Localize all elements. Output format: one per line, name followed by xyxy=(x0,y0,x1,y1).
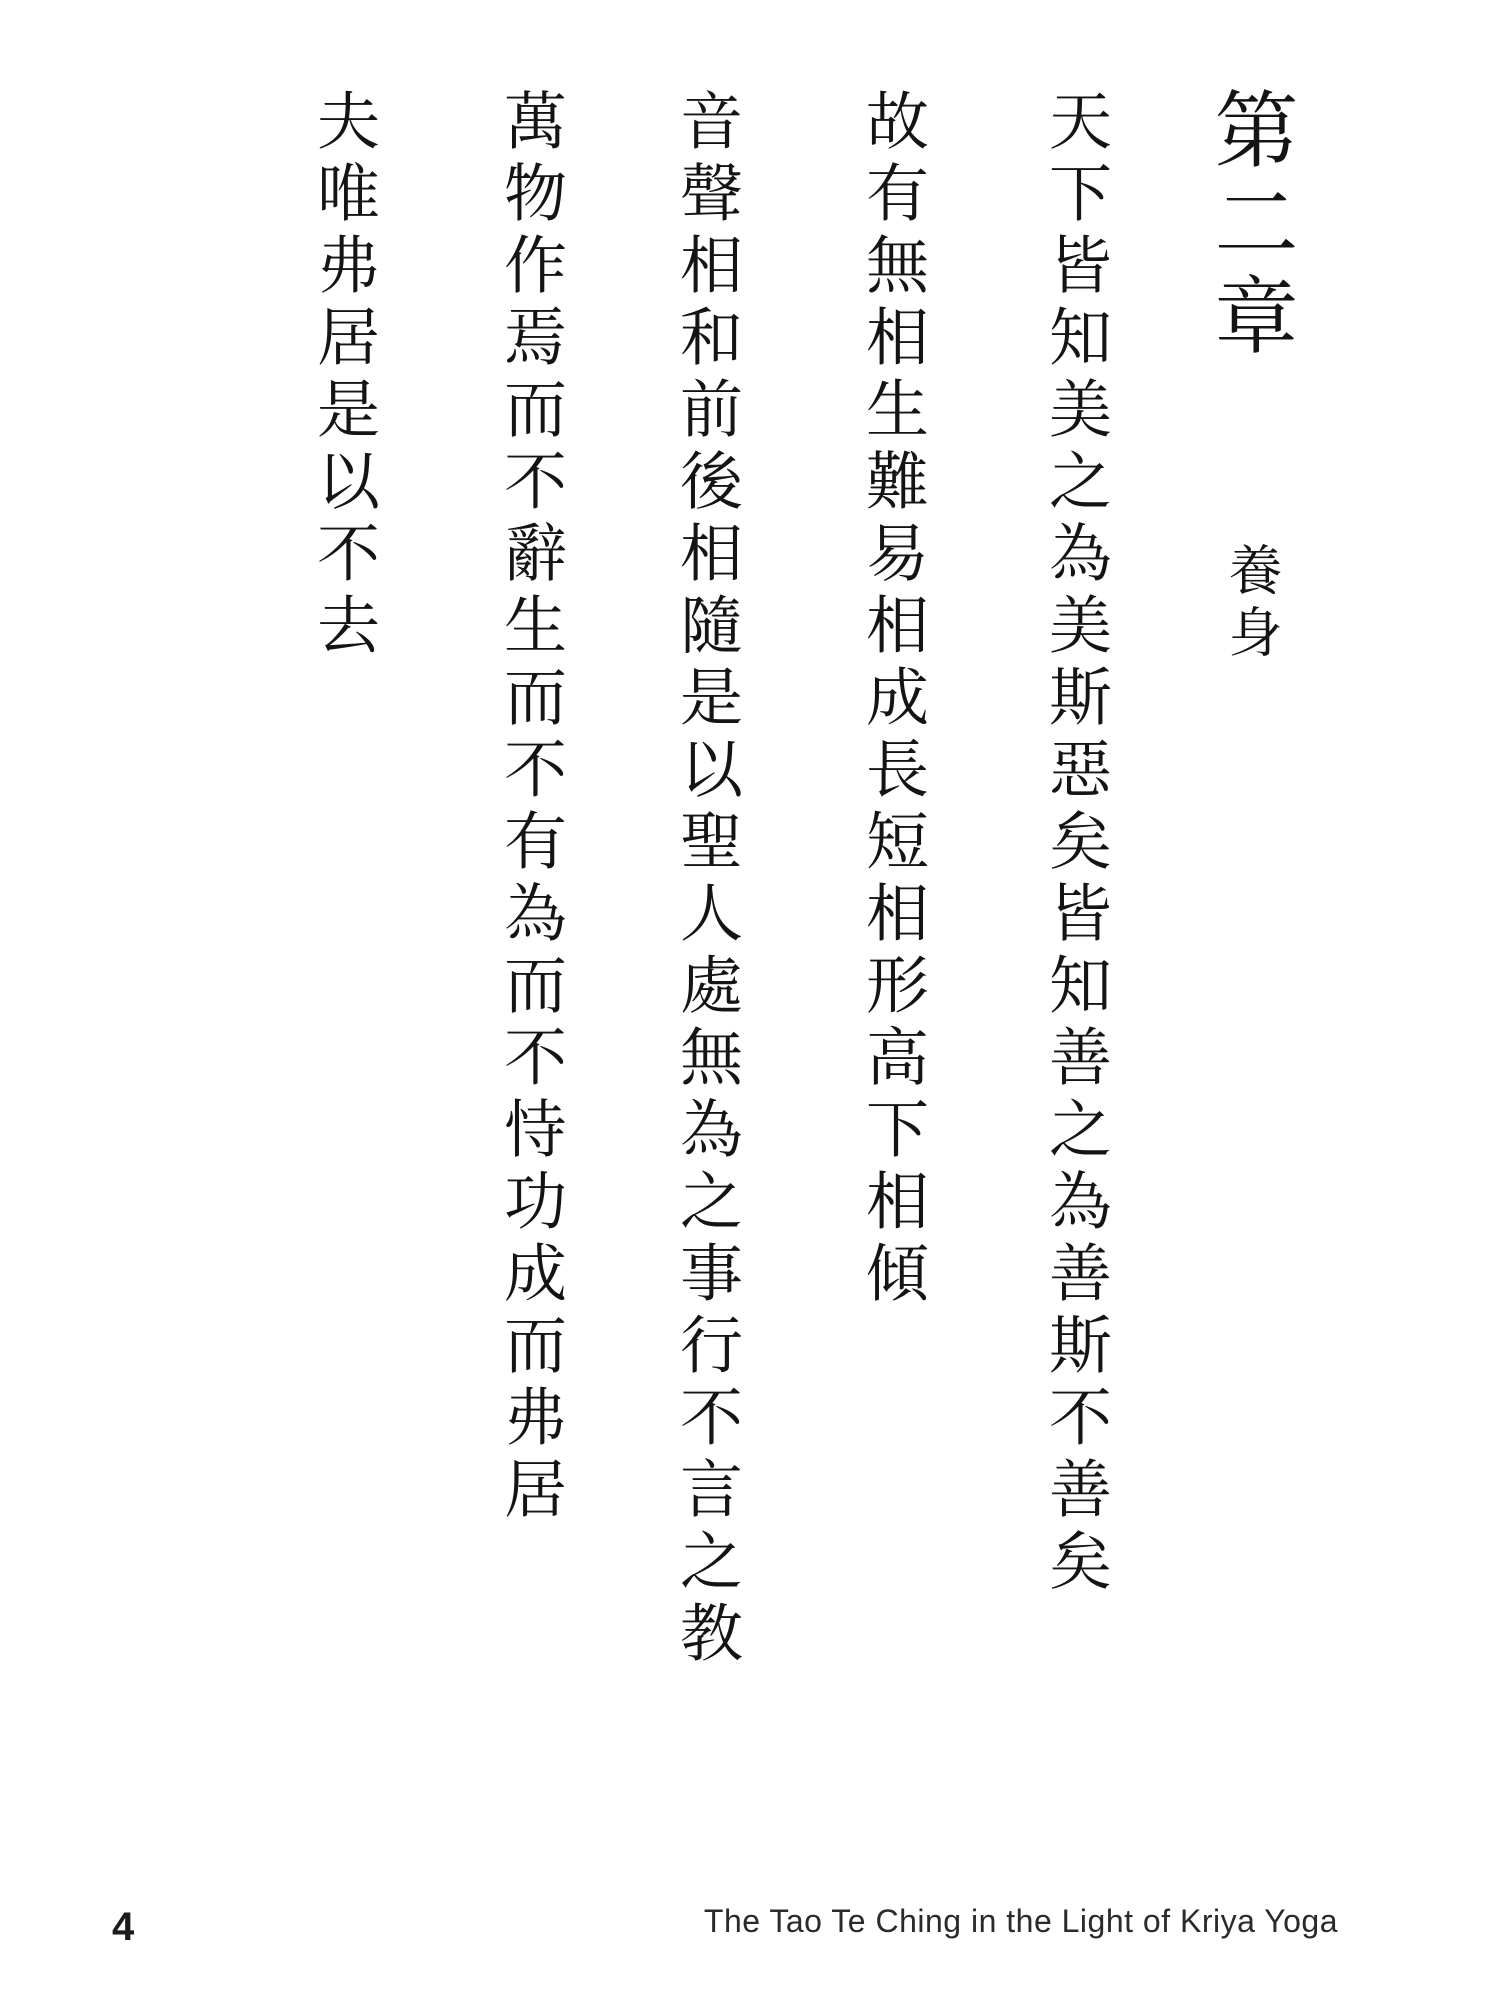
chapter-subtitle: 養身 xyxy=(1224,542,1278,666)
page-number: 4 xyxy=(112,1905,134,1950)
text-column-2: 故有無相生難易相成長短相形高下相傾 xyxy=(861,88,924,1312)
text-column-1: 天下皆知美之為美斯惡矣皆知善之為善斯不善矣 xyxy=(1044,88,1107,1600)
chapter-title: 第二章 xyxy=(1208,86,1292,365)
text-column-5: 夫唯弗居是以不去 xyxy=(312,88,375,664)
footer-book-title: The Tao Te Ching in the Light of Kriya Y… xyxy=(704,1903,1338,1940)
text-column-4: 萬物作焉而不辭生而不有為而不恃功成而弗居 xyxy=(499,88,562,1528)
text-column-3: 音聲相和前後相隨是以聖人處無為之事行不言之教 xyxy=(675,88,738,1672)
book-page: 第二章 養身 天下皆知美之為美斯惡矣皆知善之為善斯不善矣 故有無相生難易相成長短… xyxy=(0,0,1500,2000)
